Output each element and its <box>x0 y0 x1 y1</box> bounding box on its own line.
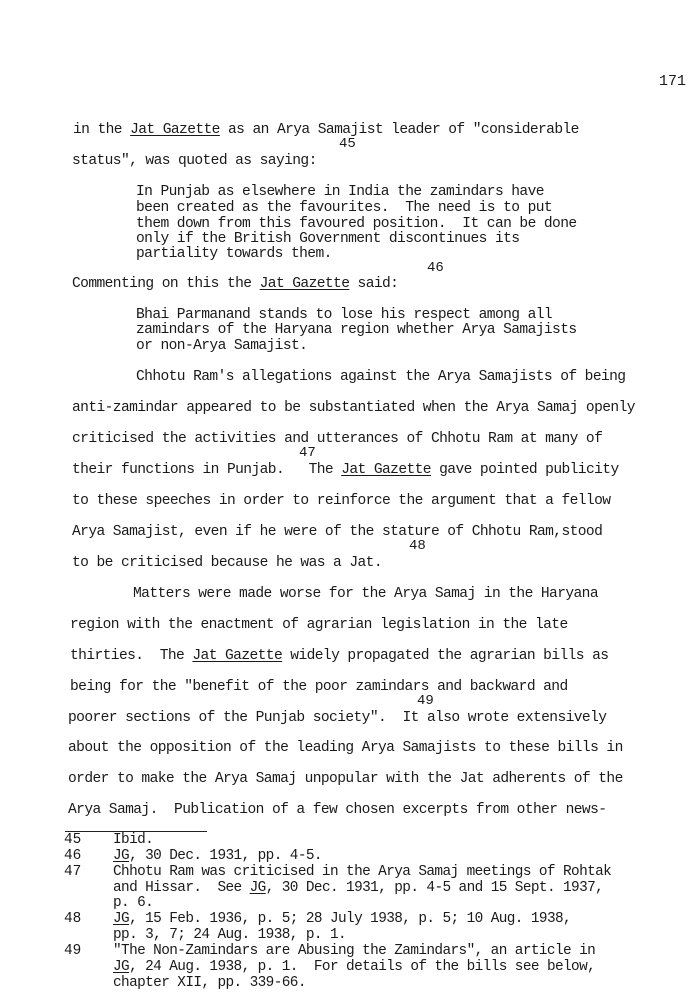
text: , 30 Dec. 1931, pp. 4-5 and 15 Sept. 193… <box>266 880 604 896</box>
text: and Hissar. See <box>113 880 250 896</box>
para1-line: Chhotu Ram's allegations against the Ary… <box>136 369 625 385</box>
quote1-line: been created as the favourites. The need… <box>136 200 552 216</box>
text: their functions in Punjab. The <box>72 462 341 478</box>
footnote-text: Chhotu Ram was criticised in the Arya Sa… <box>113 864 611 880</box>
footnote-text: pp. 3, 7; 24 Aug. 1938, p. 1. <box>113 927 346 943</box>
quote2-line: zamindars of the Haryana region whether … <box>136 322 577 338</box>
footnote-text: and Hissar. See JG, 30 Dec. 1931, pp. 4-… <box>113 880 603 896</box>
text: , 30 Dec. 1931, pp. 4-5. <box>129 848 322 864</box>
footnote-text: JG, 30 Dec. 1931, pp. 4-5. <box>113 848 322 864</box>
abbreviation: JG <box>113 848 129 864</box>
footnote-number: 47 <box>64 864 81 880</box>
text: widely propagated the agrarian bills as <box>282 648 608 664</box>
quote1-line: them down from this favoured position. I… <box>136 216 577 232</box>
para2-line: poorer sections of the Punjab society". … <box>68 710 606 726</box>
footnote-number: 49 <box>64 943 81 959</box>
opening-line-2: status", was quoted as saying: <box>72 153 317 169</box>
text: in the <box>73 122 130 138</box>
commenting-line: Commenting on this the Jat Gazette said: <box>72 276 398 292</box>
footnote-text: Ibid. <box>113 832 153 848</box>
footnote-ref-46: 46 <box>427 261 444 275</box>
text: , 15 Feb. 1936, p. 5; 28 July 1938, p. 5… <box>129 911 571 927</box>
text: Commenting on this the <box>72 276 260 292</box>
publication-title: Jat Gazette <box>130 122 220 138</box>
abbreviation: JG <box>250 880 266 896</box>
footnote-text: chapter XII, pp. 339-66. <box>113 975 306 991</box>
para2-line: region with the enactment of agrarian le… <box>70 617 568 633</box>
footnote-ref-45: 45 <box>339 137 356 151</box>
footnote-ref-49: 49 <box>417 694 434 708</box>
para1-line: criticised the activities and utterances… <box>72 431 602 447</box>
footnote-number: 45 <box>64 832 81 848</box>
footnote-number: 46 <box>64 848 81 864</box>
text: , 24 Aug. 1938, p. 1. For details of the… <box>129 959 595 975</box>
publication-title: Jat Gazette <box>341 462 431 478</box>
para2-line: thirties. The Jat Gazette widely propaga… <box>70 648 608 664</box>
publication-title: Jat Gazette <box>192 648 282 664</box>
footnote-text: JG, 24 Aug. 1938, p. 1. For details of t… <box>113 959 595 975</box>
para1-line: anti-zamindar appeared to be substantiat… <box>72 400 635 416</box>
para1-line: to be criticised because he was a Jat. <box>72 555 382 571</box>
quote1-line: partiality towards them. <box>136 246 332 262</box>
text: thirties. The <box>70 648 192 664</box>
para2-line: about the opposition of the leading Arya… <box>68 740 623 756</box>
para2-line: order to make the Arya Samaj unpopular w… <box>68 771 623 787</box>
publication-title: Jat Gazette <box>260 276 350 292</box>
footnote-ref-47: 47 <box>299 446 316 460</box>
quote2-line: or non-Arya Samajist. <box>136 338 307 354</box>
text: as an Arya Samajist leader of "considera… <box>220 122 579 138</box>
document-page: 171 in the Jat Gazette as an Arya Samaji… <box>0 0 700 992</box>
para1-line: their functions in Punjab. The Jat Gazet… <box>72 462 619 478</box>
quote2-line: Bhai Parmanand stands to lose his respec… <box>136 307 552 323</box>
quote1-line: only if the British Government discontin… <box>136 231 519 247</box>
footnote-text: "The Non-Zamindars are Abusing the Zamin… <box>113 943 595 959</box>
para1-line: to these speeches in order to reinforce … <box>72 493 610 509</box>
para1-line: Arya Samajist, even if he were of the st… <box>72 524 602 540</box>
footnote-number: 48 <box>64 911 81 927</box>
text: gave pointed publicity <box>431 462 619 478</box>
footnote-text: JG, 15 Feb. 1936, p. 5; 28 July 1938, p.… <box>113 911 571 927</box>
footnote-ref-48: 48 <box>409 539 426 553</box>
text: said: <box>349 276 398 292</box>
para2-line: being for the "benefit of the poor zamin… <box>70 679 568 695</box>
abbreviation: JG <box>113 959 129 975</box>
para2-line: Arya Samaj. Publication of a few chosen … <box>68 802 606 818</box>
quote1-line: In Punjab as elsewhere in India the zami… <box>136 184 544 200</box>
opening-line-1: in the Jat Gazette as an Arya Samajist l… <box>73 122 579 138</box>
para2-line: Matters were made worse for the Arya Sam… <box>133 586 598 602</box>
footnote-text: p. 6. <box>113 895 153 911</box>
abbreviation: JG <box>113 911 129 927</box>
page-number: 171 <box>659 73 686 90</box>
